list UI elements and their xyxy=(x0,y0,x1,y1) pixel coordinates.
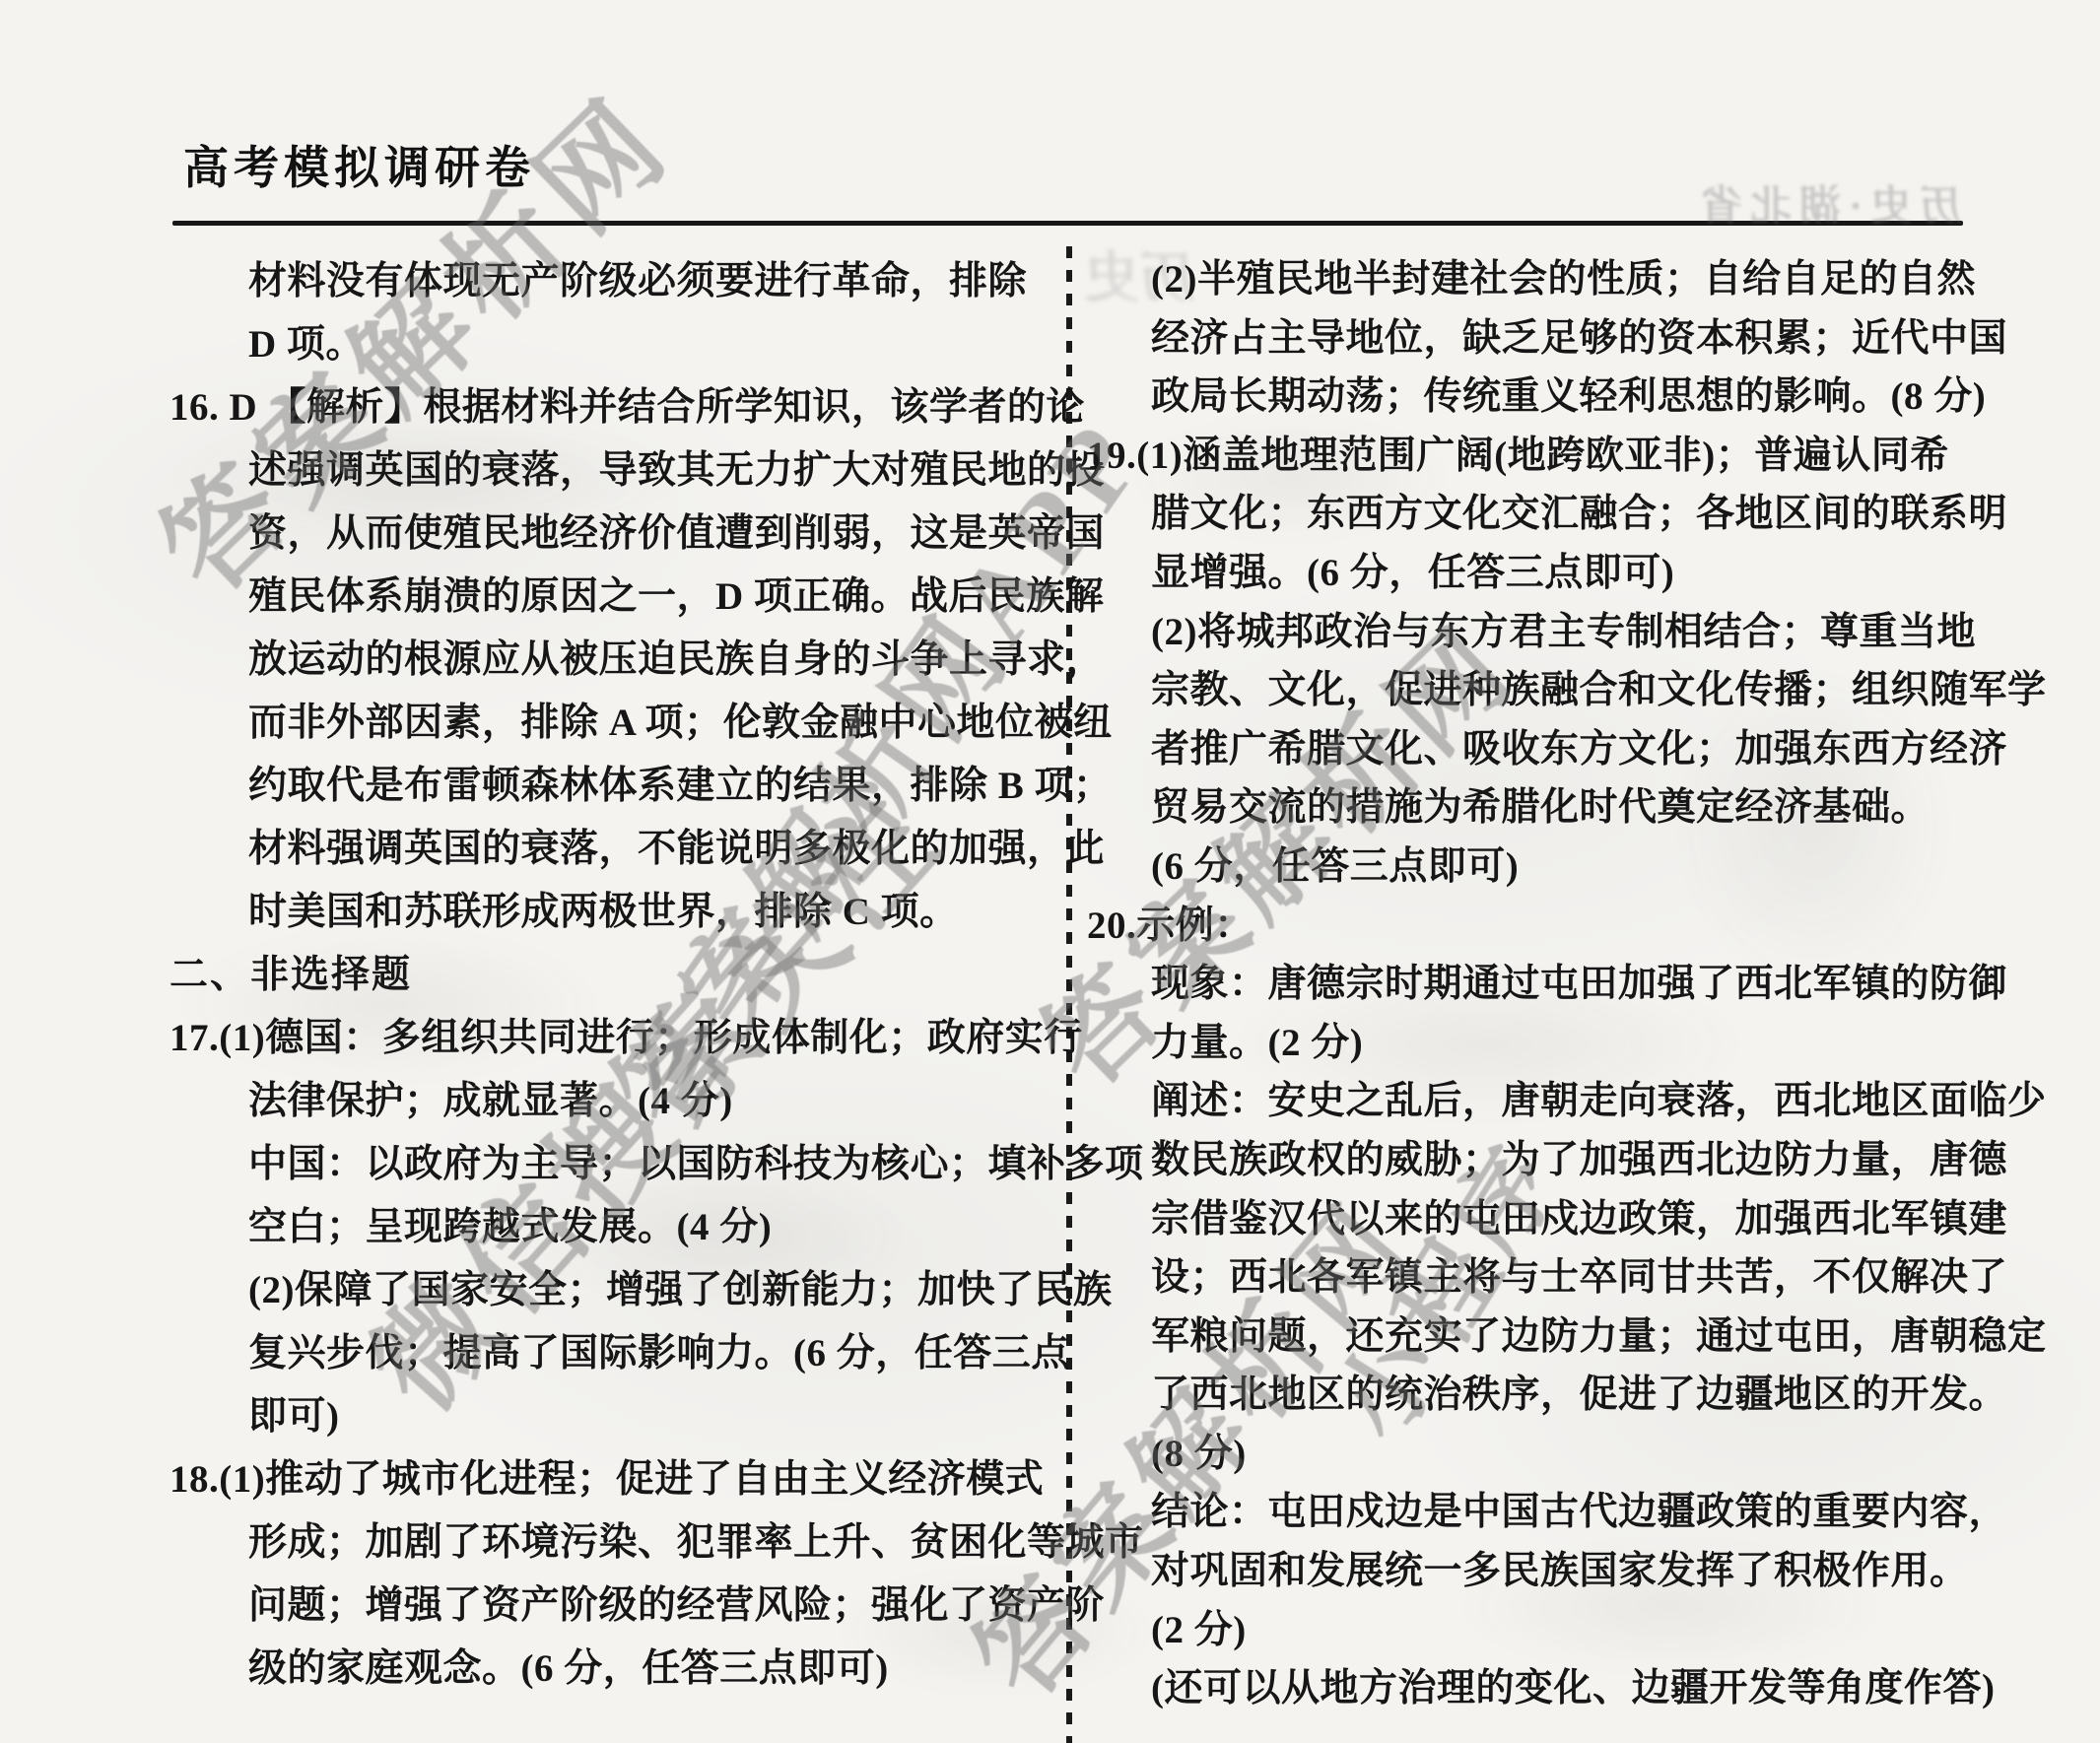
answer-line: (2 分) xyxy=(1087,1601,1984,1660)
right-column: (2)半殖民地半封建社会的性质；自给自足的自然经济占主导地位，缺乏足够的资本积累… xyxy=(1087,250,1984,1718)
answer-line: 结论：屯田戍边是中国古代边疆政策的重要内容， xyxy=(1087,1483,1984,1542)
answer-line: 19.(1)涵盖地理范围广阔(地跨欧亚非)；普遍认同希 xyxy=(1087,427,1984,486)
answer-line: (6 分，任答三点即可) xyxy=(1087,838,1984,897)
answer-line: 宗教、文化，促进种族融合和文化传播；组织随军学 xyxy=(1087,661,1984,720)
answer-line: 17.(1)德国：多组织共同进行；形成体制化；政府实行 xyxy=(169,1007,1037,1070)
answer-line: 问题；增强了资产阶级的经营风险；强化了资产阶 xyxy=(169,1575,1037,1638)
answer-line: 军粮问题，还充实了边防力量；通过屯田，唐朝稳定 xyxy=(1087,1307,1984,1367)
answer-line: 空白；呈现跨越式发展。(4 分) xyxy=(169,1196,1037,1259)
answer-line: D 项。 xyxy=(169,313,1037,376)
answer-line: (2)保障了国家安全；增强了创新能力；加快了民族 xyxy=(169,1259,1037,1322)
answer-line: 政局长期动荡；传统重义轻利思想的影响。(8 分) xyxy=(1087,368,1984,427)
answer-line: 资，从而使殖民地经济价值遭到削弱，这是英帝国 xyxy=(169,503,1037,566)
answer-line: 数民族政权的威胁；为了加强西北边防力量，唐德 xyxy=(1087,1131,1984,1190)
answer-line: 20.示例： xyxy=(1087,897,1984,956)
answer-line: 设；西北各军镇主将与士卒同甘共苦，不仅解决了 xyxy=(1087,1248,1984,1307)
answer-line: 形成；加剧了环境污染、犯罪率上升、贫困化等城市 xyxy=(169,1511,1037,1575)
answer-line: 对巩固和发展统一多民族国家发挥了积极作用。 xyxy=(1087,1542,1984,1601)
answer-line: 现象：唐德宗时期通过屯田加强了西北军镇的防御 xyxy=(1087,955,1984,1014)
answer-line: 材料没有体现无产阶级必须要进行革命，排除 xyxy=(169,250,1037,313)
answer-line: 18.(1)推动了城市化进程；促进了自由主义经济模式 xyxy=(169,1448,1037,1511)
answer-line: (8 分) xyxy=(1087,1425,1984,1484)
answer-line: 即可) xyxy=(169,1385,1037,1448)
answer-line: 贸易交流的措施为希腊化时代奠定经济基础。 xyxy=(1087,778,1984,838)
header-rule xyxy=(172,221,1963,226)
answer-line: (2)将城邦政治与东方君主专制相结合；尊重当地 xyxy=(1087,603,1984,662)
answer-line: 16. D 【解析】根据材料并结合所学知识，该学者的论 xyxy=(169,376,1037,439)
scan-page: 高考模拟调研卷 历史·湖北省 历史 材料没有体现无产阶级必须要进行革命，排除D … xyxy=(0,0,2100,1743)
page-title: 高考模拟调研卷 xyxy=(183,132,535,197)
answer-line: 中国：以政府为主导；以国防科技为核心；填补多项 xyxy=(169,1133,1037,1196)
answer-line: 阐述：安史之乱后，唐朝走向衰落，西北地区面临少 xyxy=(1087,1072,1984,1131)
answer-line: (2)半殖民地半封建社会的性质；自给自足的自然 xyxy=(1087,250,1984,309)
left-column: 材料没有体现无产阶级必须要进行革命，排除D 项。16. D 【解析】根据材料并结… xyxy=(169,250,1037,1701)
answer-line: (还可以从地方治理的变化、边疆开发等角度作答) xyxy=(1087,1659,1984,1718)
answer-line: 时美国和苏联形成两极世界，排除 C 项。 xyxy=(169,881,1037,944)
answer-line: 经济占主导地位，缺乏足够的资本积累；近代中国 xyxy=(1087,309,1984,369)
answer-line: 者推广希腊文化、吸收东方文化；加强东西方经济 xyxy=(1087,720,1984,779)
answer-line: 了西北地区的统治秩序，促进了边疆地区的开发。 xyxy=(1087,1366,1984,1425)
answer-line: 放运动的根源应从被压迫民族自身的斗争上寻求， xyxy=(169,629,1037,692)
answer-line: 显增强。(6 分，任答三点即可) xyxy=(1087,544,1984,603)
answer-line: 腊文化；东西方文化交汇融合；各地区间的联系明 xyxy=(1087,485,1984,544)
answer-line: 约取代是布雷顿森林体系建立的结果，排除 B 项； xyxy=(169,755,1037,818)
answer-line: 复兴步伐；提高了国际影响力。(6 分，任答三点 xyxy=(169,1322,1037,1385)
answer-line: 宗借鉴汉代以来的屯田戍边政策，加强西北军镇建 xyxy=(1087,1190,1984,1249)
answer-line: 而非外部因素，排除 A 项；伦敦金融中心地位被纽 xyxy=(169,692,1037,755)
answer-line: 殖民体系崩溃的原因之一，D 项正确。战后民族解 xyxy=(169,566,1037,629)
answer-line: 述强调英国的衰落，导致其无力扩大对殖民地的投 xyxy=(169,439,1037,503)
answer-line: 二、非选择题 xyxy=(169,944,1037,1007)
answer-line: 力量。(2 分) xyxy=(1087,1014,1984,1073)
answer-line: 材料强调英国的衰落，不能说明多极化的加强，此 xyxy=(169,818,1037,881)
answer-line: 级的家庭观念。(6 分，任答三点即可) xyxy=(169,1638,1037,1701)
answer-line: 法律保护；成就显著。(4 分) xyxy=(169,1070,1037,1133)
